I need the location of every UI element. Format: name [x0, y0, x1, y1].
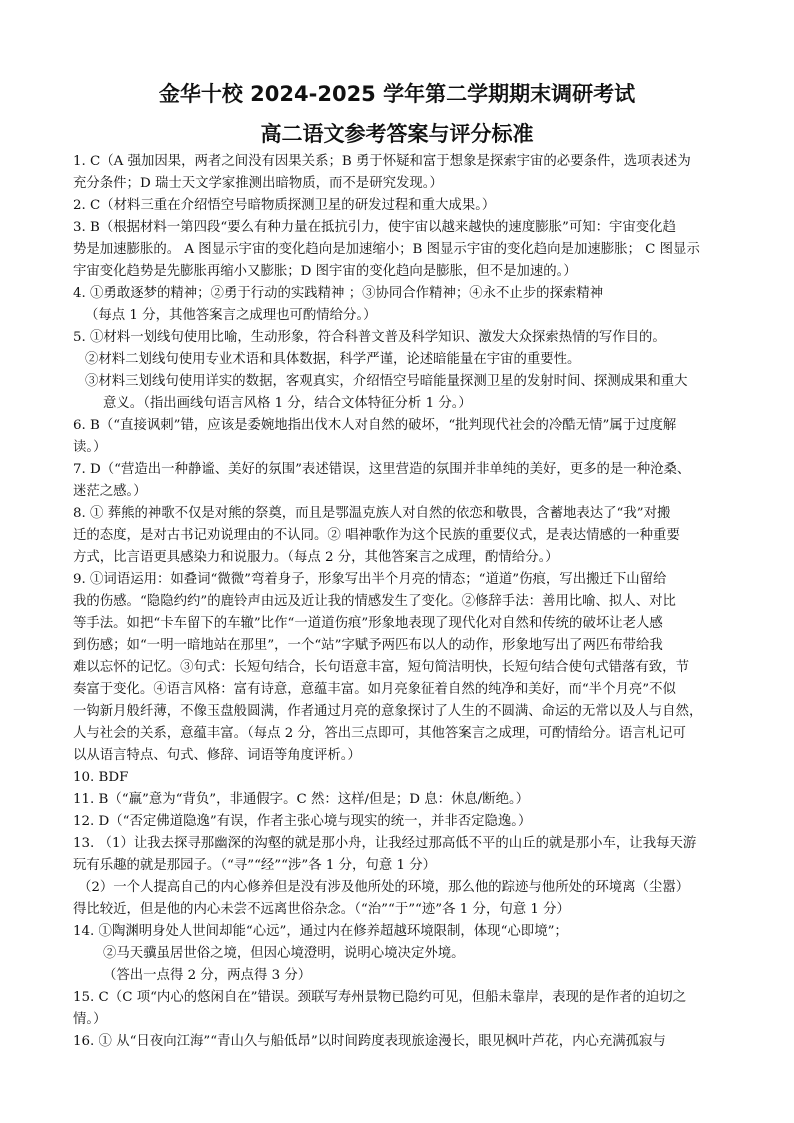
- answer-line: 13. （1）让我去探寻那幽深的沟壑的就是那小舟，让我经过那高低不平的山丘的就是…: [73, 833, 743, 855]
- answer-line: 3. B（根据材料一第四段“要么有种力量在抵抗引力，使宇宙以越来越快的速度膨胀”…: [73, 217, 743, 239]
- answer-key-page: 金华十校 2024-2025 学年第二学期期末调研考试 高二语文参考答案与评分标…: [0, 0, 794, 1123]
- answer-line: 读。）: [73, 437, 743, 459]
- answer-line: （答出一点得 2 分，两点得 3 分）: [73, 965, 743, 987]
- answer-line: 奏富于变化。④语言风格：富有诗意，意蕴丰富。如月亮象征着自然的纯净和美好，而“半…: [73, 679, 743, 701]
- answer-line: 方式，比言语更具感染力和说服力。（每点 2 分，其他答案言之成理，酌情给分。）: [73, 547, 743, 569]
- answer-line: 迁的态度，是对古书记劝说理由的不认同。② 唱神歌作为这个民族的重要仪式，是表达情…: [73, 525, 743, 547]
- answer-line: 5. ①材料一划线句使用比喻，生动形象，符合科普文普及科学知识、激发大众探索热情…: [73, 327, 743, 349]
- answer-line: （2）一个人提高自己的内心修养但是没有涉及他所处的环境，那么他的踪迹与他所处的环…: [73, 877, 743, 899]
- answer-line: 情。）: [73, 1009, 743, 1031]
- answer-line: 4. ①勇敢逐梦的精神；②勇于行动的实践精神 ；③协同合作精神；④永不止步的探索…: [73, 283, 743, 305]
- document-subtitle: 高二语文参考答案与评分标准: [0, 118, 794, 148]
- answer-line: 玩有乐趣的就是那园子。（“寻”“经”“涉”各 1 分，句意 1 分）: [73, 855, 743, 877]
- answer-line: 充分条件；D 瑞士天文学家推测出暗物质，而不是研究发现。）: [73, 173, 743, 195]
- answer-line: 11. B（“羸”意为“背负”，非通假字。C 然：这样/但是；D 息：休息/断绝…: [73, 789, 743, 811]
- answer-body: 1. C（A 强加因果，两者之间没有因果关系；B 勇于怀疑和富于想象是探索宇宙的…: [73, 151, 743, 1053]
- answer-line: ②材料二划线句使用专业术语和具体数据，科学严谨，论述暗能量在宇宙的重要性。: [73, 349, 743, 371]
- answer-line: 14. ①陶渊明身处人世间却能“心远”，通过内在修养超越环境限制，体现“心即境”…: [73, 921, 743, 943]
- answer-line: 9. ①词语运用：如叠词“微微”弯着身子，形象写出半个月亮的情态；“道道”伤痕，…: [73, 569, 743, 591]
- answer-line: （每点 1 分，其他答案言之成理也可酌情给分。）: [73, 305, 743, 327]
- answer-line: 15. C（C 项“内心的悠闲自在”错误。颈联写寿州景物已隐约可见，但船未靠岸，…: [73, 987, 743, 1009]
- answer-line: 等手法。如把“卡车留下的车辙”比作“一道道伤痕”形象地表现了现代化对自然和传统的…: [73, 613, 743, 635]
- document-title: 金华十校 2024-2025 学年第二学期期末调研考试: [0, 78, 794, 108]
- answer-line: ③材料三划线句使用详实的数据，客观真实，介绍悟空号暗能量探测卫星的发射时间、探测…: [73, 371, 743, 393]
- answer-line: 以从语言特点、句式、修辞、词语等角度评析。）: [73, 745, 743, 767]
- answer-line: 8. ① 葬熊的神歌不仅是对熊的祭奠，而且是鄂温克族人对自然的依恋和敬畏，含蓄地…: [73, 503, 743, 525]
- answer-line: 到伤感；如“一明一暗地站在那里”，一个“站”字赋予两匹布以人的动作，形象地写出了…: [73, 635, 743, 657]
- answer-line: 1. C（A 强加因果，两者之间没有因果关系；B 勇于怀疑和富于想象是探索宇宙的…: [73, 151, 743, 173]
- answer-line: 人与社会的关系，意蕴丰富。（每点 2 分，答出三点即可，其他答案言之成理，可酌情…: [73, 723, 743, 745]
- answer-line: 得比较近，但是他的内心未尝不远离世俗杂念。（“治”“于”“迹”各 1 分，句意 …: [73, 899, 743, 921]
- answer-line: 6. B（“直接讽刺”错，应该是委婉地指出伐木人对自然的破坏，“批判现代社会的冷…: [73, 415, 743, 437]
- answer-line: 意义。（指出画线句语言风格 1 分，结合文体特征分析 1 分。）: [73, 393, 743, 415]
- answer-line: 宇宙变化趋势是先膨胀再缩小又膨胀；D 图宇宙的变化趋向是膨胀，但不是加速的。）: [73, 261, 743, 283]
- answer-line: 10. BDF: [73, 767, 743, 789]
- answer-line: ②马天骥虽居世俗之境，但因心境澄明，说明心境决定外境。: [73, 943, 743, 965]
- answer-line: 难以忘怀的记忆。③句式：长短句结合，长句语意丰富，短句简洁明快，长短句结合使句式…: [73, 657, 743, 679]
- answer-line: 迷茫之感。）: [73, 481, 743, 503]
- answer-line: 12. D（“否定佛道隐逸”有误，作者主张心境与现实的统一，并非否定隐逸。）: [73, 811, 743, 833]
- answer-line: 一钩新月般纤薄，不像玉盘般圆满，作者通过月亮的意象探讨了人生的不圆满、命运的无常…: [73, 701, 743, 723]
- answer-line: 我的伤感。“隐隐约约”的鹿铃声由远及近让我的情感发生了变化。②修辞手法：善用比喻…: [73, 591, 743, 613]
- answer-line: 势是加速膨胀的。 A 图显示宇宙的变化趋向是加速缩小；B 图显示宇宙的变化趋向是…: [73, 239, 743, 261]
- answer-line: 7. D（“营造出一种静谧、美好的氛围”表述错误，这里营造的氛围并非单纯的美好，…: [73, 459, 743, 481]
- answer-line: 16. ① 从“日夜向江海”“青山久与船低昂”以时间跨度表现旅途漫长，眼见枫叶芦…: [73, 1031, 743, 1053]
- answer-line: 2. C（材料三重在介绍悟空号暗物质探测卫星的研发过程和重大成果。）: [73, 195, 743, 217]
